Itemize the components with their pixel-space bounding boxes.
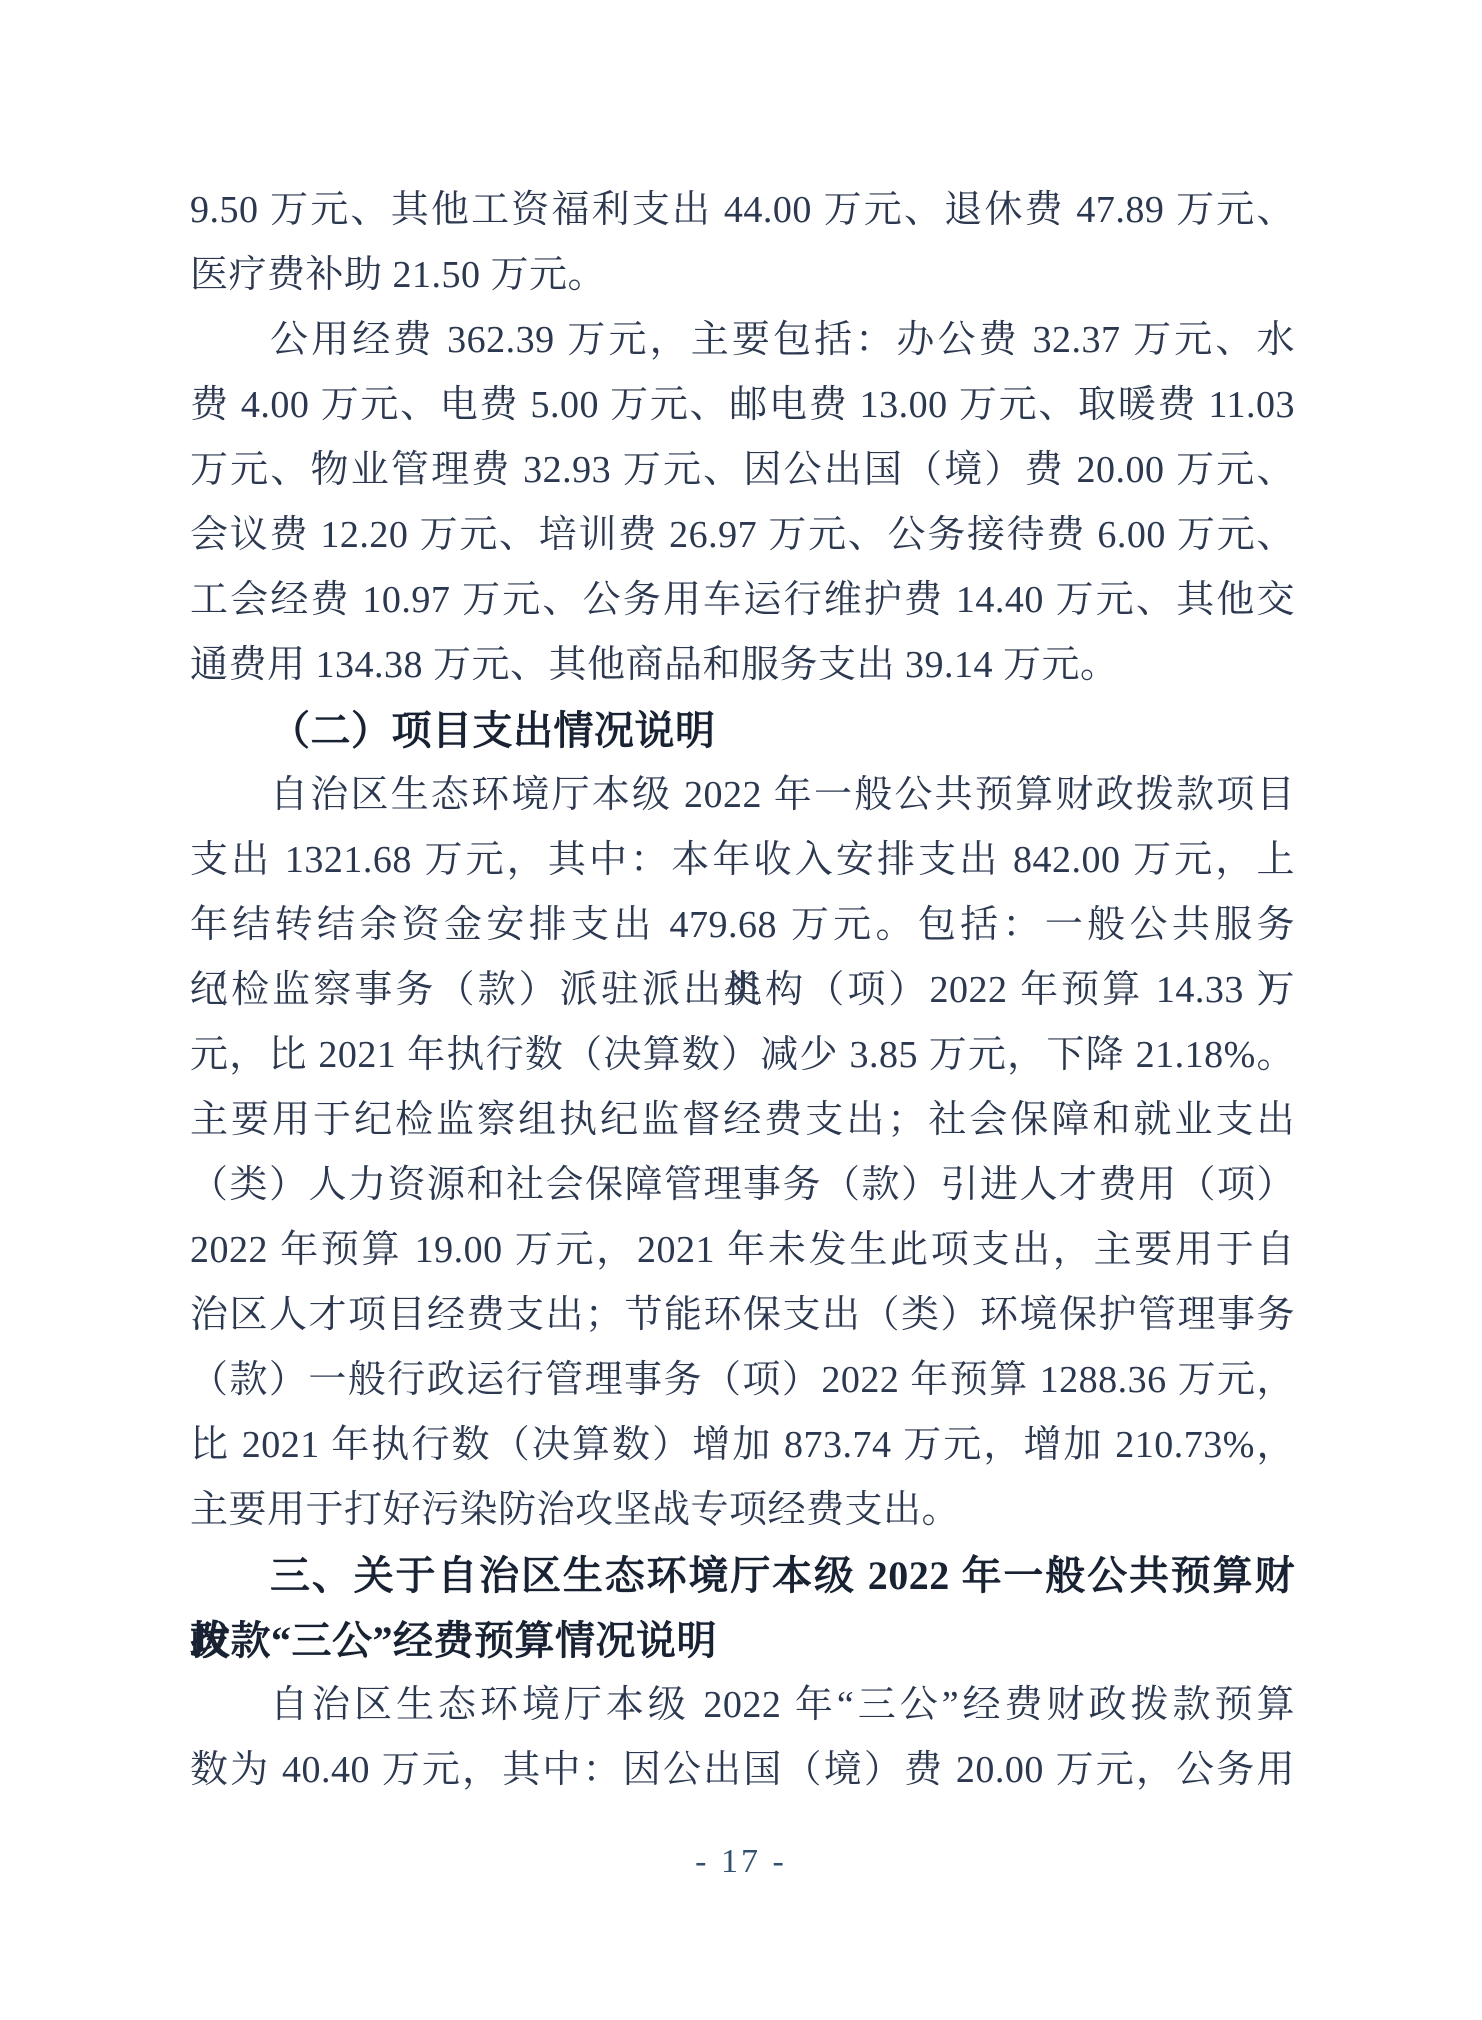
body-line: （类）人力资源和社会保障管理事务（款）引进人才费用（项） bbox=[190, 1153, 1295, 1218]
body-line: 万元、物业管理费 32.93 万元、因公出国（境）费 20.00 万元、 bbox=[190, 438, 1295, 503]
body-line: 9.50 万元、其他工资福利支出 44.00 万元、退休费 47.89 万元、 bbox=[190, 178, 1295, 243]
section-heading: 拨款“三公”经费预算情况说明 bbox=[190, 1608, 1295, 1673]
body-line: 比 2021 年执行数（决算数）增加 873.74 万元，增加 210.73%， bbox=[190, 1413, 1295, 1478]
document-page: 9.50 万元、其他工资福利支出 44.00 万元、退休费 47.89 万元、 … bbox=[0, 0, 1482, 2020]
body-line: 费 4.00 万元、电费 5.00 万元、邮电费 13.00 万元、取暖费 11… bbox=[190, 373, 1295, 438]
body-line: 自治区生态环境厅本级 2022 年一般公共预算财政拨款项目 bbox=[190, 763, 1295, 828]
body-line: 医疗费补助 21.50 万元。 bbox=[190, 243, 1295, 308]
page-footer: - 17 - bbox=[0, 1843, 1482, 1881]
body-line: 数为 40.40 万元，其中：因公出国（境）费 20.00 万元，公务用 bbox=[190, 1738, 1295, 1803]
body-line: 治区人才项目经费支出；节能环保支出（类）环境保护管理事务 bbox=[190, 1283, 1295, 1348]
body-line: 2022 年预算 19.00 万元，2021 年未发生此项支出，主要用于自 bbox=[190, 1218, 1295, 1283]
body-line: 工会经费 10.97 万元、公务用车运行维护费 14.40 万元、其他交 bbox=[190, 568, 1295, 633]
body-line: （款）一般行政运行管理事务（项）2022 年预算 1288.36 万元， bbox=[190, 1348, 1295, 1413]
text-block: 9.50 万元、其他工资福利支出 44.00 万元、退休费 47.89 万元、 … bbox=[190, 178, 1295, 1803]
body-line: 主要用于纪检监察组执纪监督经费支出；社会保障和就业支出 bbox=[190, 1088, 1295, 1153]
body-line: 自治区生态环境厅本级 2022 年“三公”经费财政拨款预算 bbox=[190, 1673, 1295, 1738]
section-heading: （二）项目支出情况说明 bbox=[190, 698, 1295, 763]
body-line: 支出 1321.68 万元，其中：本年收入安排支出 842.00 万元，上 bbox=[190, 828, 1295, 893]
body-line: 会议费 12.20 万元、培训费 26.97 万元、公务接待费 6.00 万元、 bbox=[190, 503, 1295, 568]
body-line: 通费用 134.38 万元、其他商品和服务支出 39.14 万元。 bbox=[190, 633, 1295, 698]
body-line: 主要用于打好污染防治攻坚战专项经费支出。 bbox=[190, 1478, 1295, 1543]
body-line: 年结转结余资金安排支出 479.68 万元。包括：一般公共服务（类） bbox=[190, 893, 1295, 958]
page-number: - 17 - bbox=[695, 1843, 787, 1880]
body-line: 纪检监察事务（款）派驻派出机构（项）2022 年预算 14.33 万 bbox=[190, 958, 1295, 1023]
section-heading: 三、关于自治区生态环境厅本级 2022 年一般公共预算财政 bbox=[190, 1543, 1295, 1608]
body-line: 公用经费 362.39 万元，主要包括：办公费 32.37 万元、水 bbox=[190, 308, 1295, 373]
body-line: 元，比 2021 年执行数（决算数）减少 3.85 万元，下降 21.18%。 bbox=[190, 1023, 1295, 1088]
